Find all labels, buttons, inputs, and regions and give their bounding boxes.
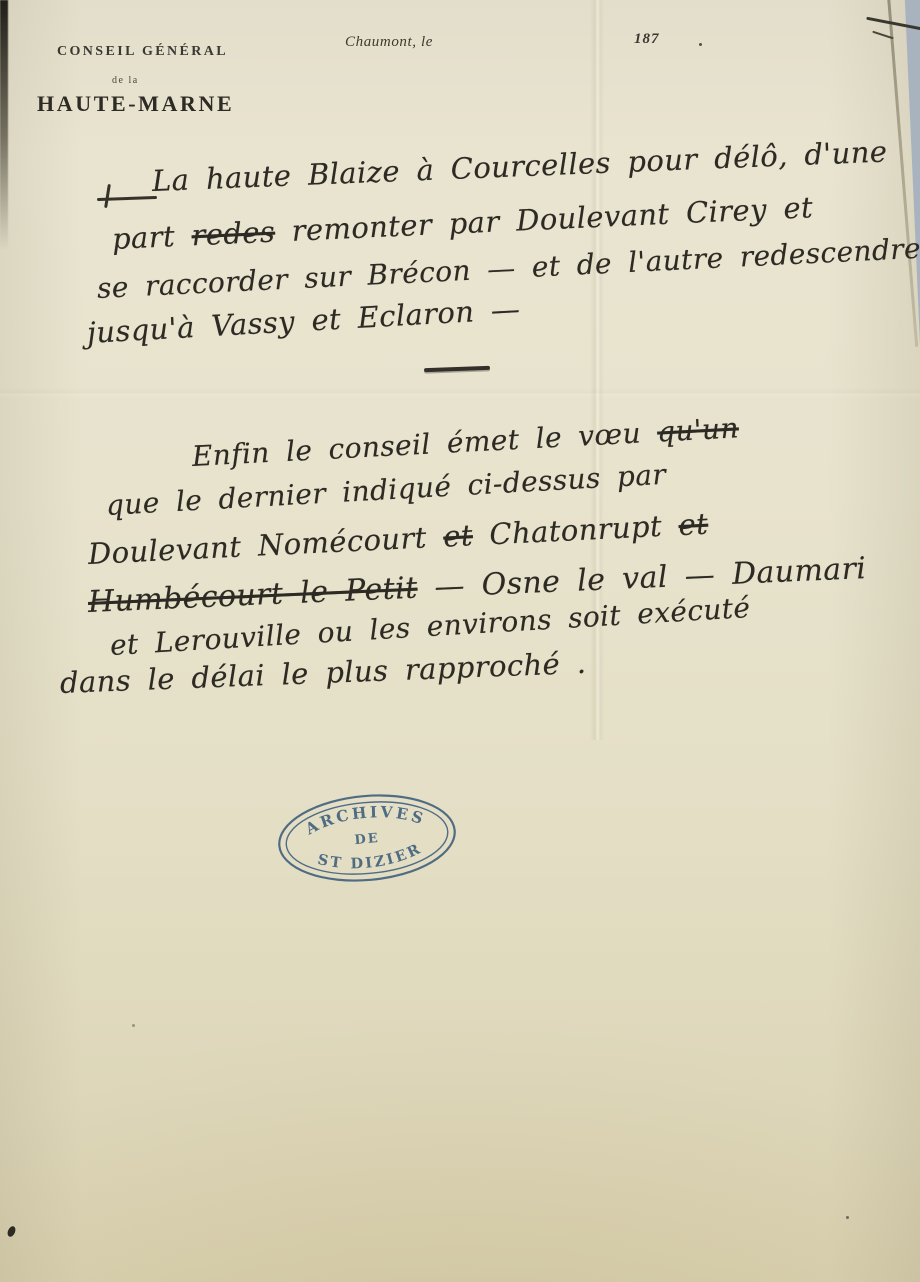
letterhead-organization: CONSEIL GÉNÉRAL xyxy=(57,44,228,60)
letterhead-department: HAUTE-MARNE xyxy=(37,91,234,117)
manuscript-text: remonter par Doulevant Cirey et xyxy=(274,190,813,248)
document-photo: CONSEIL GÉNÉRAL de la HAUTE-MARNE Chaumo… xyxy=(0,0,920,1282)
paper-speck xyxy=(6,1225,17,1238)
manuscript-text: Chatonrupt xyxy=(472,508,679,552)
paper-speck xyxy=(132,1024,135,1027)
paper-speck xyxy=(846,1216,849,1219)
printed-period xyxy=(699,43,702,46)
struck-word: et xyxy=(678,507,709,542)
printed-dateline: Chaumont, le xyxy=(345,34,433,51)
struck-word: qu'un xyxy=(656,411,739,448)
manuscript-text: La haute Blaize à Courcelles pour délô, … xyxy=(151,134,888,198)
letterhead-sub: de la xyxy=(112,75,139,86)
manuscript-line: La haute Blaize à Courcelles pour délô, … xyxy=(151,134,888,198)
margin-cross-mark xyxy=(104,184,110,208)
paper-crease xyxy=(0,388,920,398)
struck-word: et xyxy=(442,518,473,553)
archive-stamp: ARCHIVES DE ST DIZIER xyxy=(268,778,466,898)
manuscript-text: part xyxy=(111,218,192,256)
manuscript-text: Doulevant Nomécourt xyxy=(87,520,444,571)
stamp-text-de: DE xyxy=(354,831,380,848)
photo-edge-left xyxy=(0,0,8,250)
manuscript-divider xyxy=(424,366,490,372)
struck-word: redes xyxy=(191,215,276,253)
printed-year: 187 xyxy=(634,31,660,48)
